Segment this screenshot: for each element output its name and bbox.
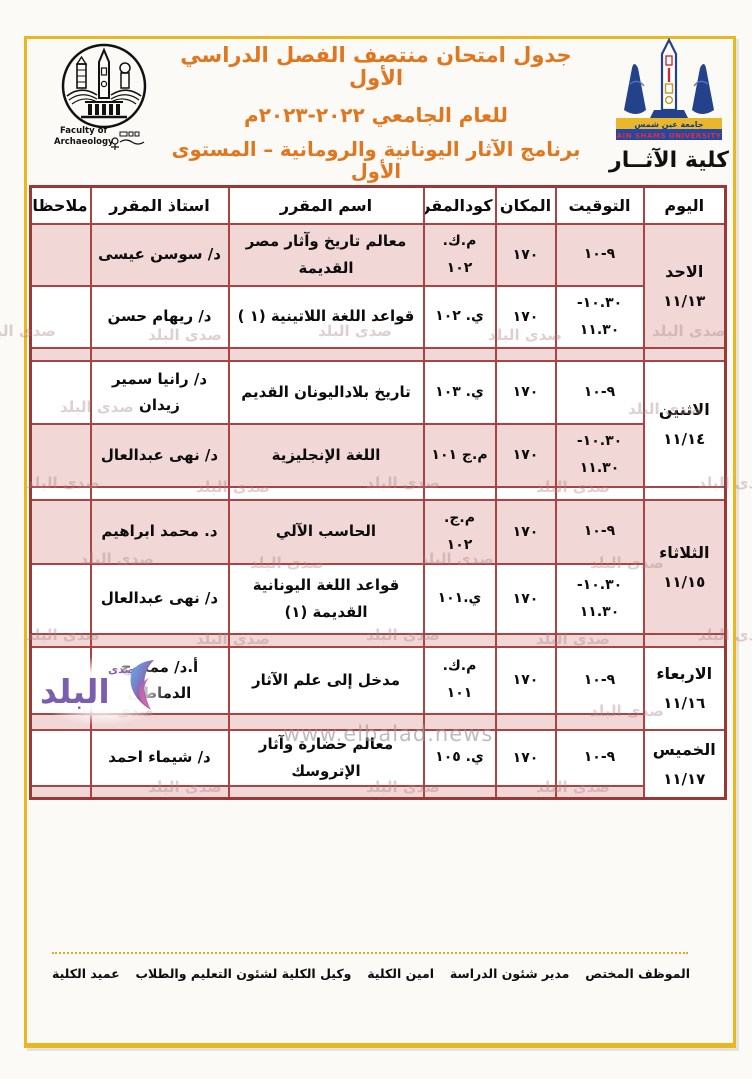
place-cell: ١٧٠ xyxy=(496,424,556,487)
code-cell: م.ج. ١٠٢ xyxy=(424,500,496,564)
code-cell: ي.١٠١ xyxy=(424,564,496,634)
table-row: ١٠.٣٠- ١١.٣٠ ١٧٠ ي.١٠١ قواعد اللغة اليون… xyxy=(31,564,726,634)
time-cell: ٩-١٠ xyxy=(556,224,644,286)
ain-shams-university-logo: جامعة عين شمس AIN SHAMS UNIVERSITY كلية … xyxy=(608,38,730,170)
course-cell: تاريخ بلاداليونان القديم xyxy=(229,361,424,424)
professor-cell: د/ رانيا سمير زيدان xyxy=(91,361,229,424)
separator-row xyxy=(31,786,726,799)
dotted-divider xyxy=(52,952,688,954)
separator-row xyxy=(31,714,726,730)
time-cell: ٩-١٠ xyxy=(556,730,644,786)
day-cell-thursday: الخميس ١١/١٧ xyxy=(644,730,726,799)
day-cell-wednesday: الاربعاء ١١/١٦ xyxy=(644,647,726,730)
col-header-professor: استاذ المقرر xyxy=(91,187,229,224)
archaeology-emblem-icon: Faculty of Archaeology xyxy=(48,38,163,160)
notes-cell xyxy=(31,647,91,714)
table-row: الاحد ١١/١٣ ٩-١٠ ١٧٠ م.ك. ١٠٢ معالم تاري… xyxy=(31,224,726,286)
document-page: Faculty of Archaeology جامعة عين شمس AIN… xyxy=(0,0,752,1079)
professor-cell: د/ نهى عبدالعال xyxy=(91,564,229,634)
code-cell: ي. ١٠٢ xyxy=(424,286,496,348)
professor-cell: د/ نهى عبدالعال xyxy=(91,424,229,487)
professor-cell: د/ سوسن عيسى xyxy=(91,224,229,286)
day-name: الاثنين xyxy=(647,400,723,419)
day-date: ١١/١٥ xyxy=(647,573,723,591)
time-cell: ٩-١٠ xyxy=(556,361,644,424)
exam-schedule-table: اليوم التوقيت المكان كودالمقرر اسم المقر… xyxy=(29,185,727,800)
course-cell: مدخل إلى علم الآثار xyxy=(229,647,424,714)
col-header-day: اليوم xyxy=(644,187,726,224)
signature-faculty-secretary: امين الكلية xyxy=(367,966,434,981)
signature-specialist-employee: الموظف المختص xyxy=(585,966,690,981)
day-cell-sunday: الاحد ١١/١٣ xyxy=(644,224,726,348)
code-cell: م.ك. ١٠١ xyxy=(424,647,496,714)
course-cell: معالم تاريخ وآثار مصر القديمة xyxy=(229,224,424,286)
separator-row xyxy=(31,487,726,500)
code-cell: م.ك. ١٠٢ xyxy=(424,224,496,286)
time-cell: ١٠.٣٠- ١١.٣٠ xyxy=(556,564,644,634)
professor-cell: د. محمد ابراهيم xyxy=(91,500,229,564)
document-title-block: جدول امتحان منتصف الفصل الدراسي الأول لل… xyxy=(150,44,602,182)
day-cell-monday: الاثنين ١١/١٤ xyxy=(644,361,726,487)
separator-row xyxy=(31,634,726,647)
col-header-course: اسم المقرر xyxy=(229,187,424,224)
table-row: ١٠.٣٠- ١١.٣٠ ١٧٠ ي. ١٠٢ قواعد اللغة اللا… xyxy=(31,286,726,348)
place-cell: ١٧٠ xyxy=(496,224,556,286)
col-header-place: المكان xyxy=(496,187,556,224)
day-date: ١١/١٧ xyxy=(647,770,723,788)
notes-cell xyxy=(31,564,91,634)
notes-cell xyxy=(31,224,91,286)
day-name: الاربعاء xyxy=(647,664,723,683)
notes-cell xyxy=(31,500,91,564)
table-header-row: اليوم التوقيت المكان كودالمقرر اسم المقر… xyxy=(31,187,726,224)
col-header-time: التوقيت xyxy=(556,187,644,224)
course-cell: قواعد اللغة اللاتينية (١ ) xyxy=(229,286,424,348)
faculty-of-archaeology-logo: Faculty of Archaeology xyxy=(48,38,163,160)
signature-dean: عميد الكلية xyxy=(52,966,120,981)
title-line-1: جدول امتحان منتصف الفصل الدراسي الأول xyxy=(150,44,602,90)
time-cell: ٩-١٠ xyxy=(556,647,644,714)
day-name: الاحد xyxy=(647,262,723,281)
title-line-3: برنامج الآثار اليونانية والرومانية – الم… xyxy=(150,139,602,182)
day-date: ١١/١٣ xyxy=(647,292,723,310)
code-cell: ي. ١٠٥ xyxy=(424,730,496,786)
place-cell: ١٧٠ xyxy=(496,564,556,634)
professor-cell: د/ شيماء احمد xyxy=(91,730,229,786)
table-row: الاربعاء ١١/١٦ ٩-١٠ ١٧٠ م.ك. ١٠١ مدخل إل… xyxy=(31,647,726,714)
day-name: الثلاثاء xyxy=(647,543,723,562)
day-cell-tuesday: الثلاثاء ١١/١٥ xyxy=(644,500,726,634)
course-cell: الحاسب الآلي xyxy=(229,500,424,564)
notes-cell xyxy=(31,424,91,487)
title-line-2: للعام الجامعي ٢٠٢٢-٢٠٢٣م xyxy=(150,104,602,126)
logo-english-band: AIN SHAMS UNIVERSITY xyxy=(617,131,722,140)
signature-vice-dean: وكيل الكلية لشئون التعليم والطلاب xyxy=(135,966,351,981)
notes-cell xyxy=(31,361,91,424)
notes-cell xyxy=(31,730,91,786)
day-name: الخميس xyxy=(647,740,723,759)
logo-caption-line2: Archaeology xyxy=(54,137,114,147)
table-row: الثلاثاء ١١/١٥ ٩-١٠ ١٧٠ م.ج. ١٠٢ الحاسب … xyxy=(31,500,726,564)
place-cell: ١٧٠ xyxy=(496,500,556,564)
time-cell: ١٠.٣٠- ١١.٣٠ xyxy=(556,424,644,487)
day-date: ١١/١٤ xyxy=(647,430,723,448)
notes-cell xyxy=(31,286,91,348)
logo-caption-line1: Faculty of xyxy=(60,126,107,136)
logo-arabic-band: جامعة عين شمس xyxy=(634,120,703,130)
course-cell: معالم حضارة وآثار الإتروسك xyxy=(229,730,424,786)
table-row: ١٠.٣٠- ١١.٣٠ ١٧٠ م.ج ١٠١ اللغة الإنجليزي… xyxy=(31,424,726,487)
code-cell: م.ج ١٠١ xyxy=(424,424,496,487)
ain-shams-emblem-icon: جامعة عين شمس AIN SHAMS UNIVERSITY xyxy=(610,38,728,142)
signature-study-affairs-director: مدير شئون الدراسة xyxy=(450,966,570,981)
place-cell: ١٧٠ xyxy=(496,361,556,424)
place-cell: ١٧٠ xyxy=(496,647,556,714)
course-cell: اللغة الإنجليزية xyxy=(229,424,424,487)
col-header-notes: ملاحظات xyxy=(31,187,91,224)
separator-row xyxy=(31,348,726,361)
faculty-arabic-name: كلية الآثــار xyxy=(608,148,730,173)
time-cell: ٩-١٠ xyxy=(556,500,644,564)
table-row: الخميس ١١/١٧ ٩-١٠ ١٧٠ ي. ١٠٥ معالم حضارة… xyxy=(31,730,726,786)
col-header-code: كودالمقرر xyxy=(424,187,496,224)
course-cell: قواعد اللغة اليونانية القديمة (١) xyxy=(229,564,424,634)
signature-footer: الموظف المختص مدير شئون الدراسة امين الك… xyxy=(40,952,700,981)
signature-row: الموظف المختص مدير شئون الدراسة امين الك… xyxy=(40,966,700,981)
table-row: الاثنين ١١/١٤ ٩-١٠ ١٧٠ ي. ١٠٣ تاريخ بلاد… xyxy=(31,361,726,424)
day-date: ١١/١٦ xyxy=(647,694,723,712)
professor-cell: أ.د/ ممدوح الدماطى xyxy=(91,647,229,714)
time-cell: ١٠.٣٠- ١١.٣٠ xyxy=(556,286,644,348)
code-cell: ي. ١٠٣ xyxy=(424,361,496,424)
place-cell: ١٧٠ xyxy=(496,286,556,348)
place-cell: ١٧٠ xyxy=(496,730,556,786)
professor-cell: د/ ريهام حسن xyxy=(91,286,229,348)
